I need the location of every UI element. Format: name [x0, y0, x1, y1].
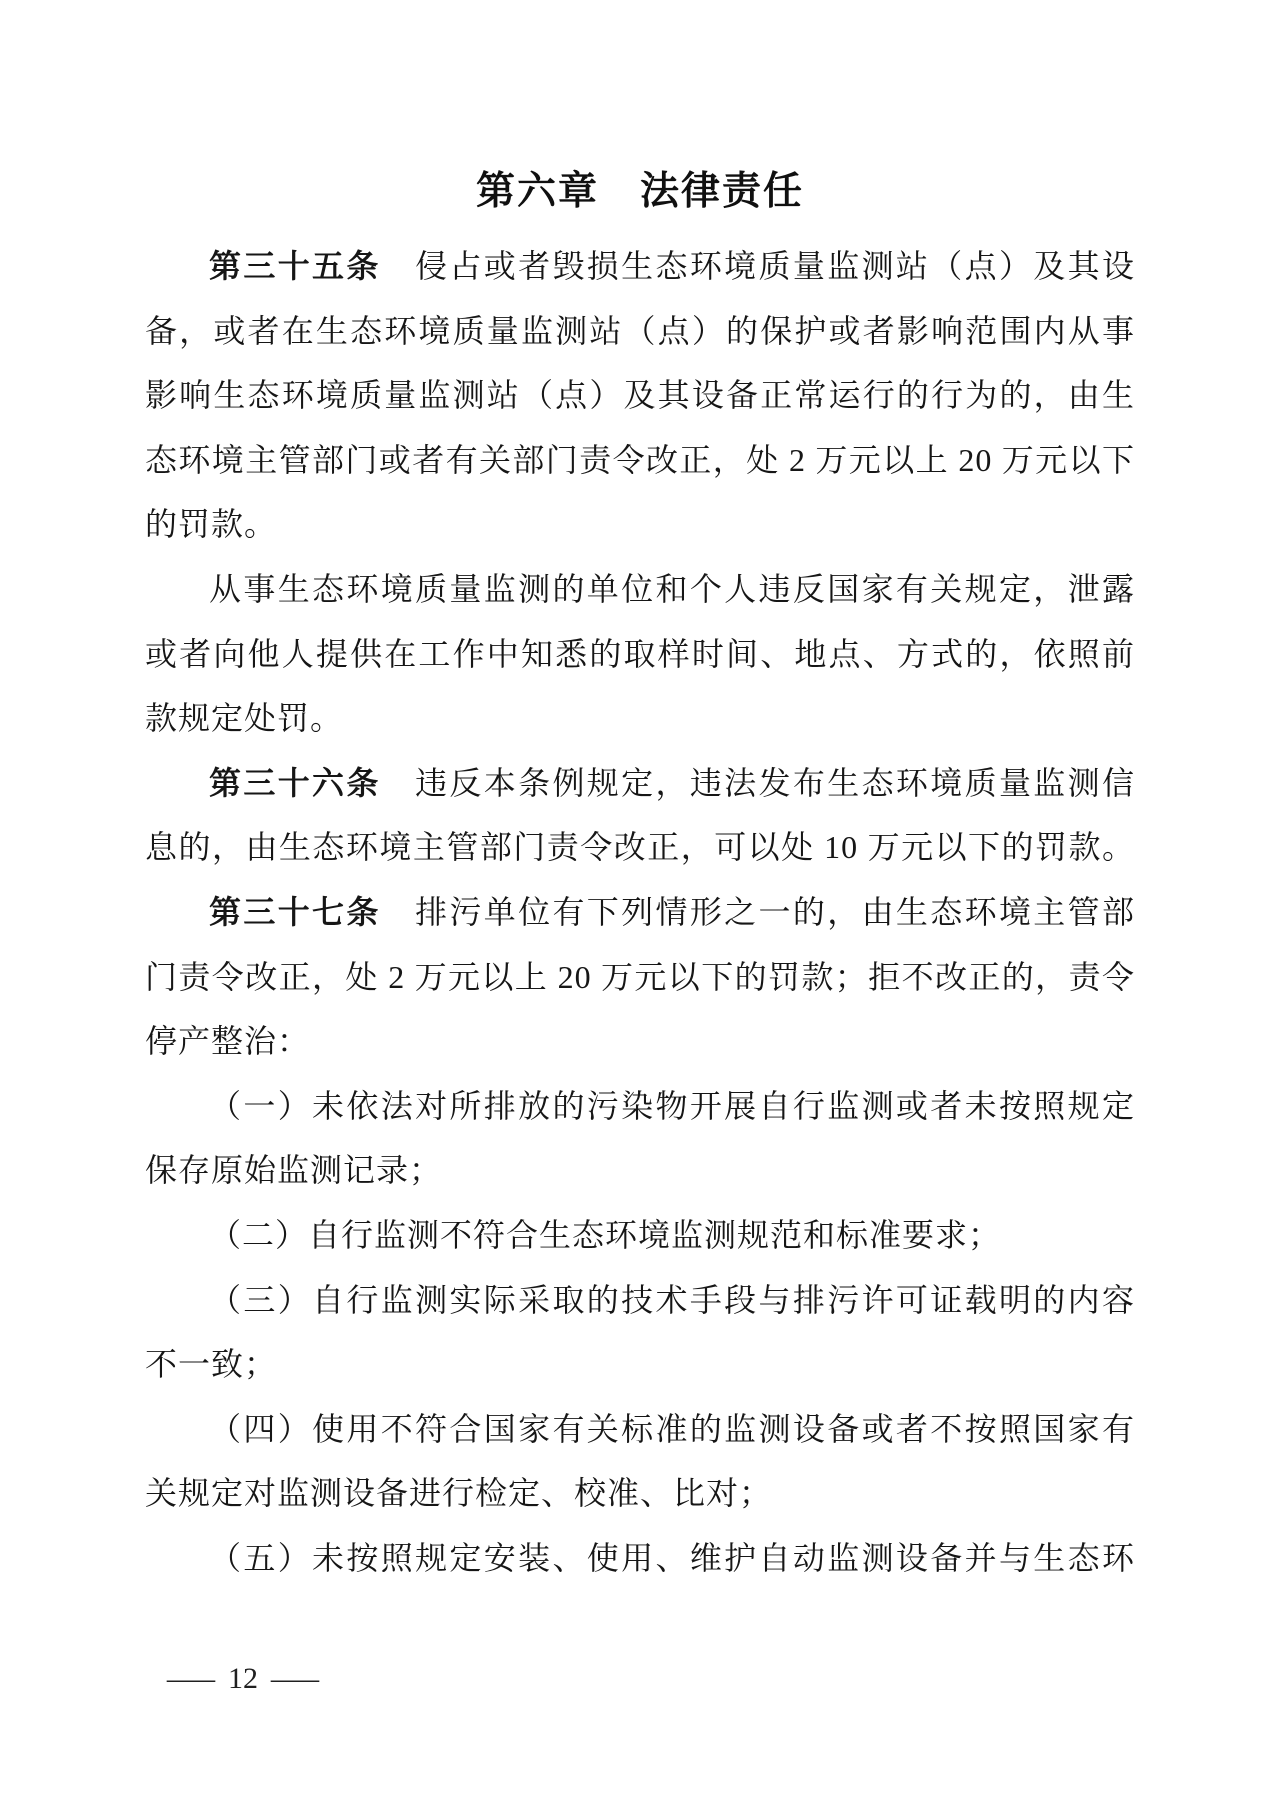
document-line: （三）自行监测实际采取的技术手段与排污许可证载明的内容 — [145, 1268, 1135, 1333]
article-number: 第三十六条 — [209, 765, 381, 801]
text-segment: 保存原始监测记录； — [145, 1152, 442, 1188]
text-segment: （二）自行监测不符合生态环境监测规范和标准要求； — [209, 1217, 1001, 1253]
text-segment: 违反本条例规定，违法发布生态环境质量监测信 — [381, 765, 1135, 801]
document-page: 第六章 法律责任 第三十五条 侵占或者毁损生态环境质量监测站（点）及其设备，或者… — [0, 0, 1280, 1810]
footer-dash-left: — — [167, 1662, 215, 1696]
page-number: 12 — [228, 1662, 258, 1696]
article-number: 第三十五条 — [209, 248, 381, 284]
page-footer: —12— — [162, 1662, 324, 1696]
document-line: 第三十七条 排污单位有下列情形之一的，由生态环境主管部 — [145, 880, 1135, 945]
document-line: 从事生态环境质量监测的单位和个人违反国家有关规定，泄露 — [145, 557, 1135, 622]
document-line: （一）未依法对所排放的污染物开展自行监测或者未按照规定 — [145, 1074, 1135, 1139]
footer-dash-right: — — [271, 1662, 319, 1696]
text-segment: 不一致； — [145, 1346, 277, 1382]
text-segment: 影响生态环境质量监测站（点）及其设备正常运行的行为的，由生 — [145, 377, 1135, 413]
document-line: （二）自行监测不符合生态环境监测规范和标准要求； — [145, 1203, 1135, 1268]
text-segment: 息的，由生态环境主管部门责令改正，可以处 10 万元以下的罚款。 — [145, 829, 1135, 865]
document-line: 保存原始监测记录； — [145, 1138, 1135, 1203]
document-line: 门责令改正，处 2 万元以上 20 万元以下的罚款；拒不改正的，责令 — [145, 945, 1135, 1010]
document-line: （四）使用不符合国家有关标准的监测设备或者不按照国家有 — [145, 1397, 1135, 1462]
article-number: 第三十七条 — [209, 894, 381, 930]
document-line: 息的，由生态环境主管部门责令改正，可以处 10 万元以下的罚款。 — [145, 815, 1135, 880]
document-line: 关规定对监测设备进行检定、校准、比对； — [145, 1461, 1135, 1526]
text-segment: 排污单位有下列情形之一的，由生态环境主管部 — [381, 894, 1135, 930]
document-line: 或者向他人提供在工作中知悉的取样时间、地点、方式的，依照前 — [145, 622, 1135, 687]
document-body: 第三十五条 侵占或者毁损生态环境质量监测站（点）及其设备，或者在生态环境质量监测… — [145, 234, 1135, 1590]
document-line: 影响生态环境质量监测站（点）及其设备正常运行的行为的，由生 — [145, 363, 1135, 428]
document-line: 款规定处罚。 — [145, 686, 1135, 751]
text-segment: 从事生态环境质量监测的单位和个人违反国家有关规定，泄露 — [209, 571, 1135, 607]
chapter-heading: 第六章 法律责任 — [0, 160, 1280, 216]
text-segment: （四）使用不符合国家有关标准的监测设备或者不按照国家有 — [209, 1411, 1135, 1447]
text-segment: 备，或者在生态环境质量监测站（点）的保护或者影响范围内从事 — [145, 313, 1135, 349]
text-segment: 门责令改正，处 2 万元以上 20 万元以下的罚款；拒不改正的，责令 — [145, 959, 1135, 995]
text-segment: 停产整治： — [145, 1023, 310, 1059]
text-segment: 款规定处罚。 — [145, 700, 343, 736]
document-line: 的罚款。 — [145, 492, 1135, 557]
document-line: 第三十六条 违反本条例规定，违法发布生态环境质量监测信 — [145, 751, 1135, 816]
text-segment: （五）未按照规定安装、使用、维护自动监测设备并与生态环 — [209, 1540, 1135, 1576]
text-segment: 态环境主管部门或者有关部门责令改正，处 2 万元以上 20 万元以下 — [145, 442, 1135, 478]
text-segment: 关规定对监测设备进行检定、校准、比对； — [145, 1475, 772, 1511]
document-line: 第三十五条 侵占或者毁损生态环境质量监测站（点）及其设 — [145, 234, 1135, 299]
document-line: （五）未按照规定安装、使用、维护自动监测设备并与生态环 — [145, 1526, 1135, 1591]
text-segment: （三）自行监测实际采取的技术手段与排污许可证载明的内容 — [209, 1282, 1135, 1318]
document-line: 态环境主管部门或者有关部门责令改正，处 2 万元以上 20 万元以下 — [145, 428, 1135, 493]
document-line: 停产整治： — [145, 1009, 1135, 1074]
document-line: 不一致； — [145, 1332, 1135, 1397]
text-segment: 或者向他人提供在工作中知悉的取样时间、地点、方式的，依照前 — [145, 636, 1135, 672]
text-segment: 侵占或者毁损生态环境质量监测站（点）及其设 — [381, 248, 1135, 284]
text-segment: （一）未依法对所排放的污染物开展自行监测或者未按照规定 — [209, 1088, 1135, 1124]
text-segment: 的罚款。 — [145, 506, 277, 542]
document-line: 备，或者在生态环境质量监测站（点）的保护或者影响范围内从事 — [145, 299, 1135, 364]
